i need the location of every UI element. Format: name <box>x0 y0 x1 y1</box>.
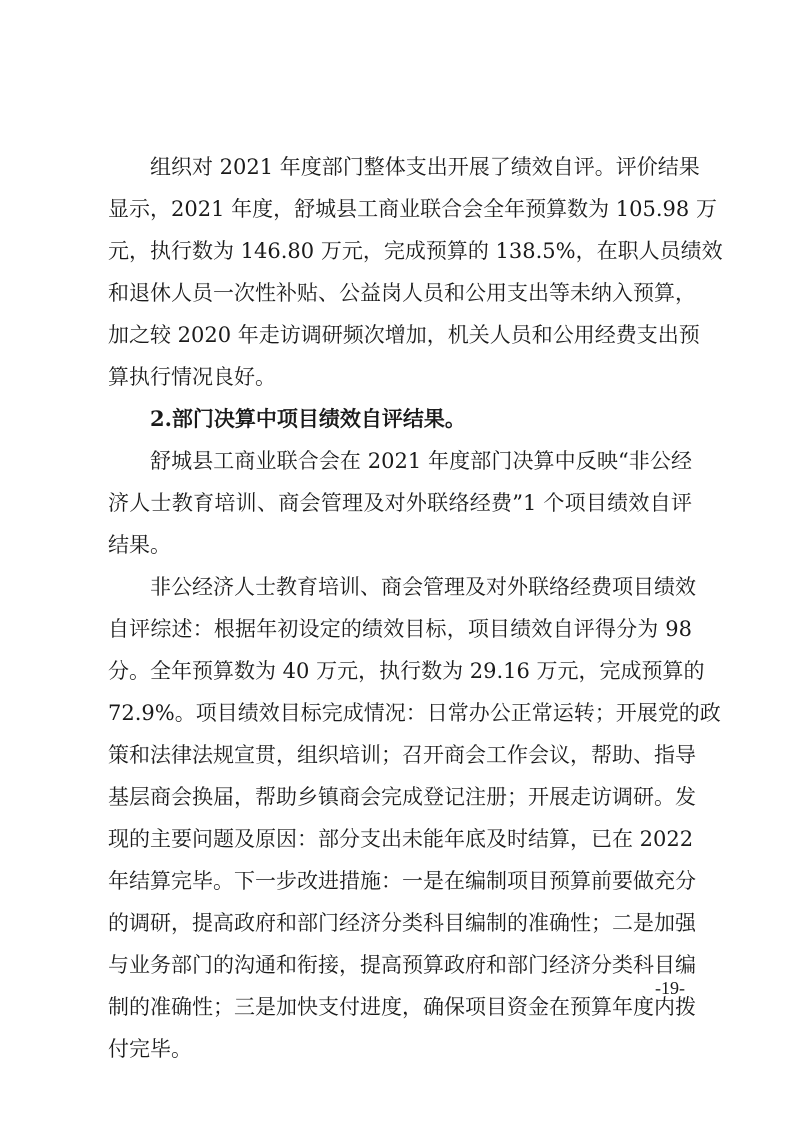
paragraph-2-line-1: 舒城县工商业联合会在 2021 年度部门决算中反映“非公经 <box>150 440 692 482</box>
paragraph-3-line-6: 基层商会换届，帮助乡镇商会完成登记注册；开展走访调研。发 <box>108 776 692 818</box>
paragraph-3-line-3: 分。全年预算数为 40 万元，执行数为 29.16 万元，完成预算的 <box>108 650 692 692</box>
paragraph-3-line-12: 付完毕。 <box>108 1028 692 1070</box>
paragraph-3-line-1: 非公经济人士教育培训、商会管理及对外联络经费项目绩效 <box>150 566 692 608</box>
paragraph-1-line-6: 算执行情况良好。 <box>108 356 692 398</box>
paragraph-1-line-1: 组织对 2021 年度部门整体支出开展了绩效自评。评价结果 <box>150 146 692 188</box>
paragraph-2-line-2: 济人士教育培训、商会管理及对外联络经费”1 个项目绩效自评 <box>108 482 692 524</box>
paragraph-1-line-5: 加之较 2020 年走访调研频次增加，机关人员和公用经费支出预 <box>108 314 692 356</box>
paragraph-3-line-2: 自评综述：根据年初设定的绩效目标，项目绩效自评得分为 98 <box>108 608 692 650</box>
section-heading: 2.部门决算中项目绩效自评结果。 <box>150 398 692 440</box>
page-number: -19- <box>640 978 700 999</box>
document-page: 组织对 2021 年度部门整体支出开展了绩效自评。评价结果 显示，2021 年度… <box>0 0 793 1122</box>
paragraph-1-line-3: 元，执行数为 146.80 万元，完成预算的 138.5%，在职人员绩效 <box>108 230 692 272</box>
paragraph-3-line-5: 策和法律法规宣贯，组织培训；召开商会工作会议，帮助、指导 <box>108 734 692 776</box>
paragraph-3-line-9: 的调研，提高政府和部门经济分类科目编制的准确性；二是加强 <box>108 902 692 944</box>
paragraph-2-line-3: 结果。 <box>108 524 692 566</box>
paragraph-3-line-11: 制的准确性；三是加快支付进度，确保项目资金在预算年度内拨 <box>108 986 692 1028</box>
paragraph-3-line-7: 现的主要问题及原因：部分支出未能年底及时结算，已在 2022 <box>108 818 692 860</box>
paragraph-1-line-2: 显示，2021 年度，舒城县工商业联合会全年预算数为 105.98 万 <box>108 188 692 230</box>
paragraph-3-line-4: 72.9%。项目绩效目标完成情况：日常办公正常运转；开展党的政 <box>108 692 692 734</box>
paragraph-3-line-8: 年结算完毕。下一步改进措施：一是在编制项目预算前要做充分 <box>108 860 692 902</box>
paragraph-1-line-4: 和退休人员一次性补贴、公益岗人员和公用支出等未纳入预算， <box>108 272 692 314</box>
paragraph-3-line-10: 与业务部门的沟通和衔接，提高预算政府和部门经济分类科目编 <box>108 944 692 986</box>
